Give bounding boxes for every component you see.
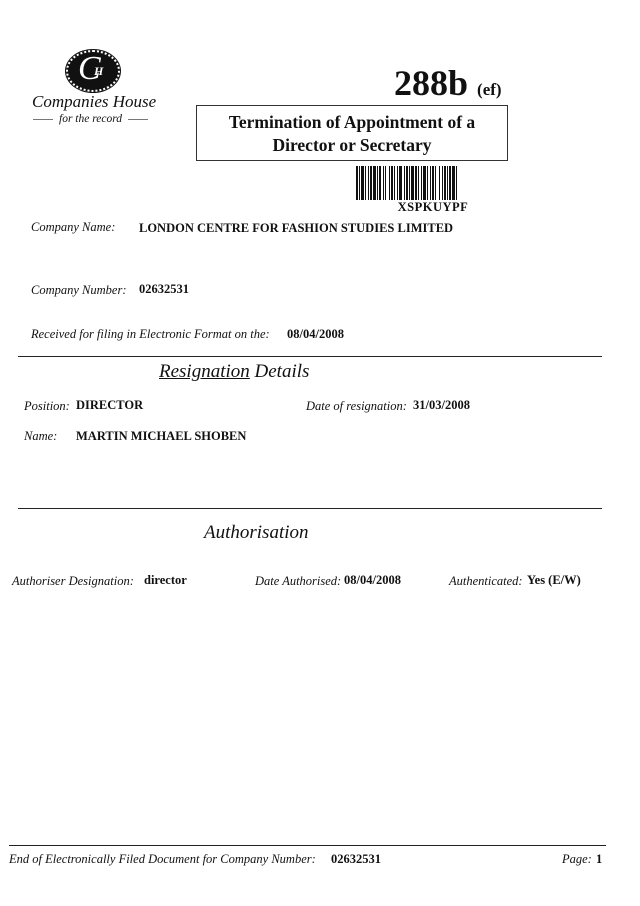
barcode-text: XSPKUYPF [356, 200, 510, 215]
position-label: Position: [24, 399, 70, 414]
authoriser-designation-label: Authoriser Designation: [12, 574, 134, 589]
barcode-icon [356, 166, 510, 200]
resignation-section-title: Resignation Details [159, 361, 309, 383]
footer-divider [9, 845, 606, 846]
received-label: Received for filing in Electronic Format… [31, 327, 270, 342]
company-number-value: 02632531 [139, 282, 189, 297]
director-name-value: MARTIN MICHAEL SHOBEN [76, 429, 246, 444]
form-title-line2: Director or Secretary [197, 134, 507, 157]
resignation-date-value: 31/03/2008 [413, 398, 470, 413]
received-value: 08/04/2008 [287, 327, 344, 342]
director-name-label: Name: [24, 429, 57, 444]
form-number-suffix: (ef) [477, 80, 502, 99]
logo-tagline-text: for the record [59, 113, 122, 125]
authenticated-value: Yes (E/W) [527, 573, 581, 588]
logo-monogram-h: H [94, 64, 103, 79]
logo-name: Companies House [32, 92, 156, 112]
section-divider [18, 356, 602, 357]
footer-page-label: Page: [562, 852, 592, 867]
footer-page-number: 1 [596, 852, 602, 867]
company-name-label: Company Name: [31, 220, 115, 235]
section-divider [18, 508, 602, 509]
company-number-label: Company Number: [31, 283, 126, 298]
resignation-title-rest: Details [255, 361, 310, 382]
companies-house-logo-icon: C H [66, 50, 120, 92]
form-title-line1: Termination of Appointment of a [197, 111, 507, 134]
form-title-box: Termination of Appointment of a Director… [196, 105, 508, 161]
authenticated-label: Authenticated: [449, 574, 523, 589]
resignation-date-label: Date of resignation: [306, 399, 407, 414]
position-value: DIRECTOR [76, 398, 143, 413]
logo-tagline: for the record [33, 113, 148, 125]
company-name-value: LONDON CENTRE FOR FASHION STUDIES LIMITE… [139, 221, 453, 236]
date-authorised-label: Date Authorised: [255, 574, 341, 589]
resignation-title-underlined: Resignation [159, 361, 250, 382]
divider [33, 119, 53, 120]
date-authorised-value: 08/04/2008 [344, 573, 401, 588]
divider [128, 119, 148, 120]
authoriser-designation-value: director [144, 573, 187, 588]
form-number: 288b (ef) [394, 62, 502, 104]
authorisation-section-title: Authorisation [204, 522, 309, 544]
form-number-text: 288b [394, 63, 468, 103]
footer-company-number: 02632531 [331, 852, 381, 867]
footer-end-label: End of Electronically Filed Document for… [9, 852, 316, 867]
